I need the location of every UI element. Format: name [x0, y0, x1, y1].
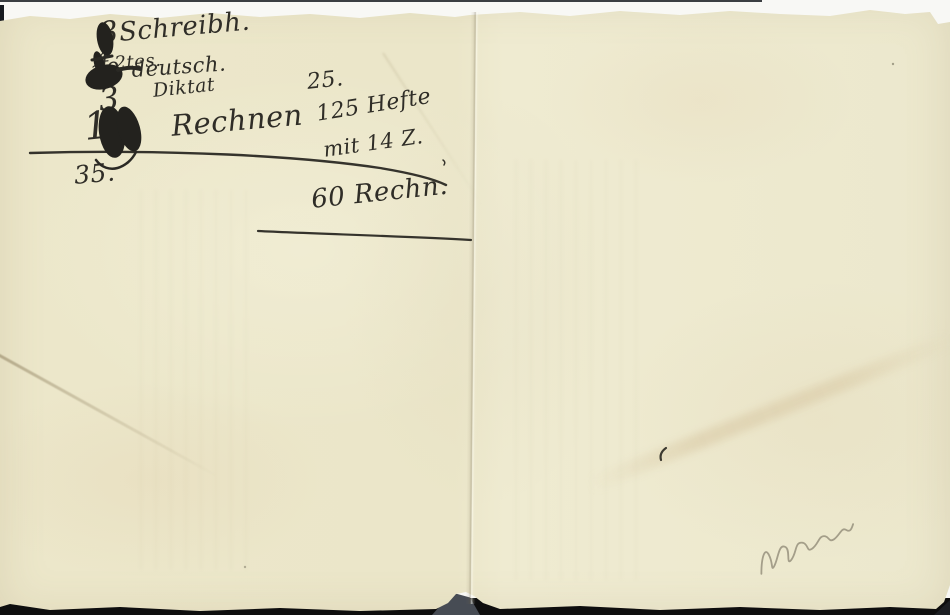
side-note-line: 25.	[306, 68, 345, 94]
ink-bleedthrough-right	[515, 160, 645, 580]
ink-bleedthrough-left	[140, 190, 255, 570]
item-qty: 14	[82, 103, 135, 146]
total-amount: 35.	[73, 159, 116, 188]
item-qty: 8	[97, 17, 121, 49]
scan-top-edge-line	[0, 0, 762, 2]
scanned-document: 8 Schreibh. 4 2tes. 10 deutsch. 3 Diktat…	[0, 0, 950, 615]
